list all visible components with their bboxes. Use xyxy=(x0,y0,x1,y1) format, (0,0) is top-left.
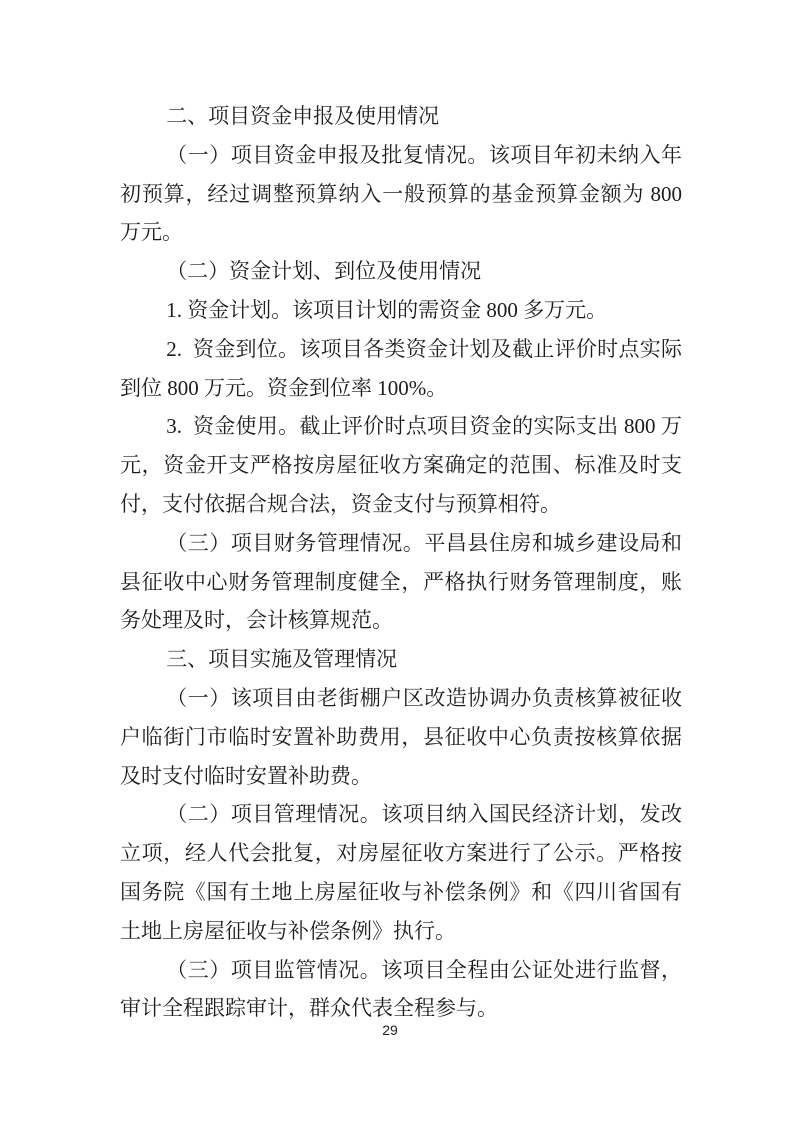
paragraph: 3. 资金使用。截止评价时点项目资金的实际支出 800 万元，资金开支严格按房屋… xyxy=(120,407,682,523)
section-heading: 二、项目资金申报及使用情况 xyxy=(120,97,682,136)
paragraph: 2. 资金到位。该项目各类资金计划及截止评价时点实际到位 800 万元。资金到位… xyxy=(120,330,682,408)
paragraph: （三）项目监管情况。该项目全程由公证处进行监督，审计全程跟踪审计，群众代表全程参… xyxy=(120,951,682,1029)
document-page: 二、项目资金申报及使用情况（一）项目资金申报及批复情况。该项目年初未纳入年初预算… xyxy=(0,0,793,1122)
paragraph: （一）该项目由老街棚户区改造协调办负责核算被征收户临街门市临时安置补助费用，县征… xyxy=(120,679,682,795)
paragraph: （三）项目财务管理情况。平昌县住房和城乡建设局和县征收中心财务管理制度健全，严格… xyxy=(120,524,682,640)
sub-heading: （二）资金计划、到位及使用情况 xyxy=(120,252,682,291)
paragraph: （一）项目资金申报及批复情况。该项目年初未纳入年初预算，经过调整预算纳入一般预算… xyxy=(120,136,682,252)
document-body: 二、项目资金申报及使用情况（一）项目资金申报及批复情况。该项目年初未纳入年初预算… xyxy=(120,97,682,1028)
paragraph: （二）项目管理情况。该项目纳入国民经济计划，发改立项，经人代会批复，对房屋征收方… xyxy=(120,795,682,950)
paragraph: 1. 资金计划。该项目计划的需资金 800 多万元。 xyxy=(120,291,682,330)
section-heading: 三、项目实施及管理情况 xyxy=(120,640,682,679)
page-number: 29 xyxy=(0,1022,780,1038)
